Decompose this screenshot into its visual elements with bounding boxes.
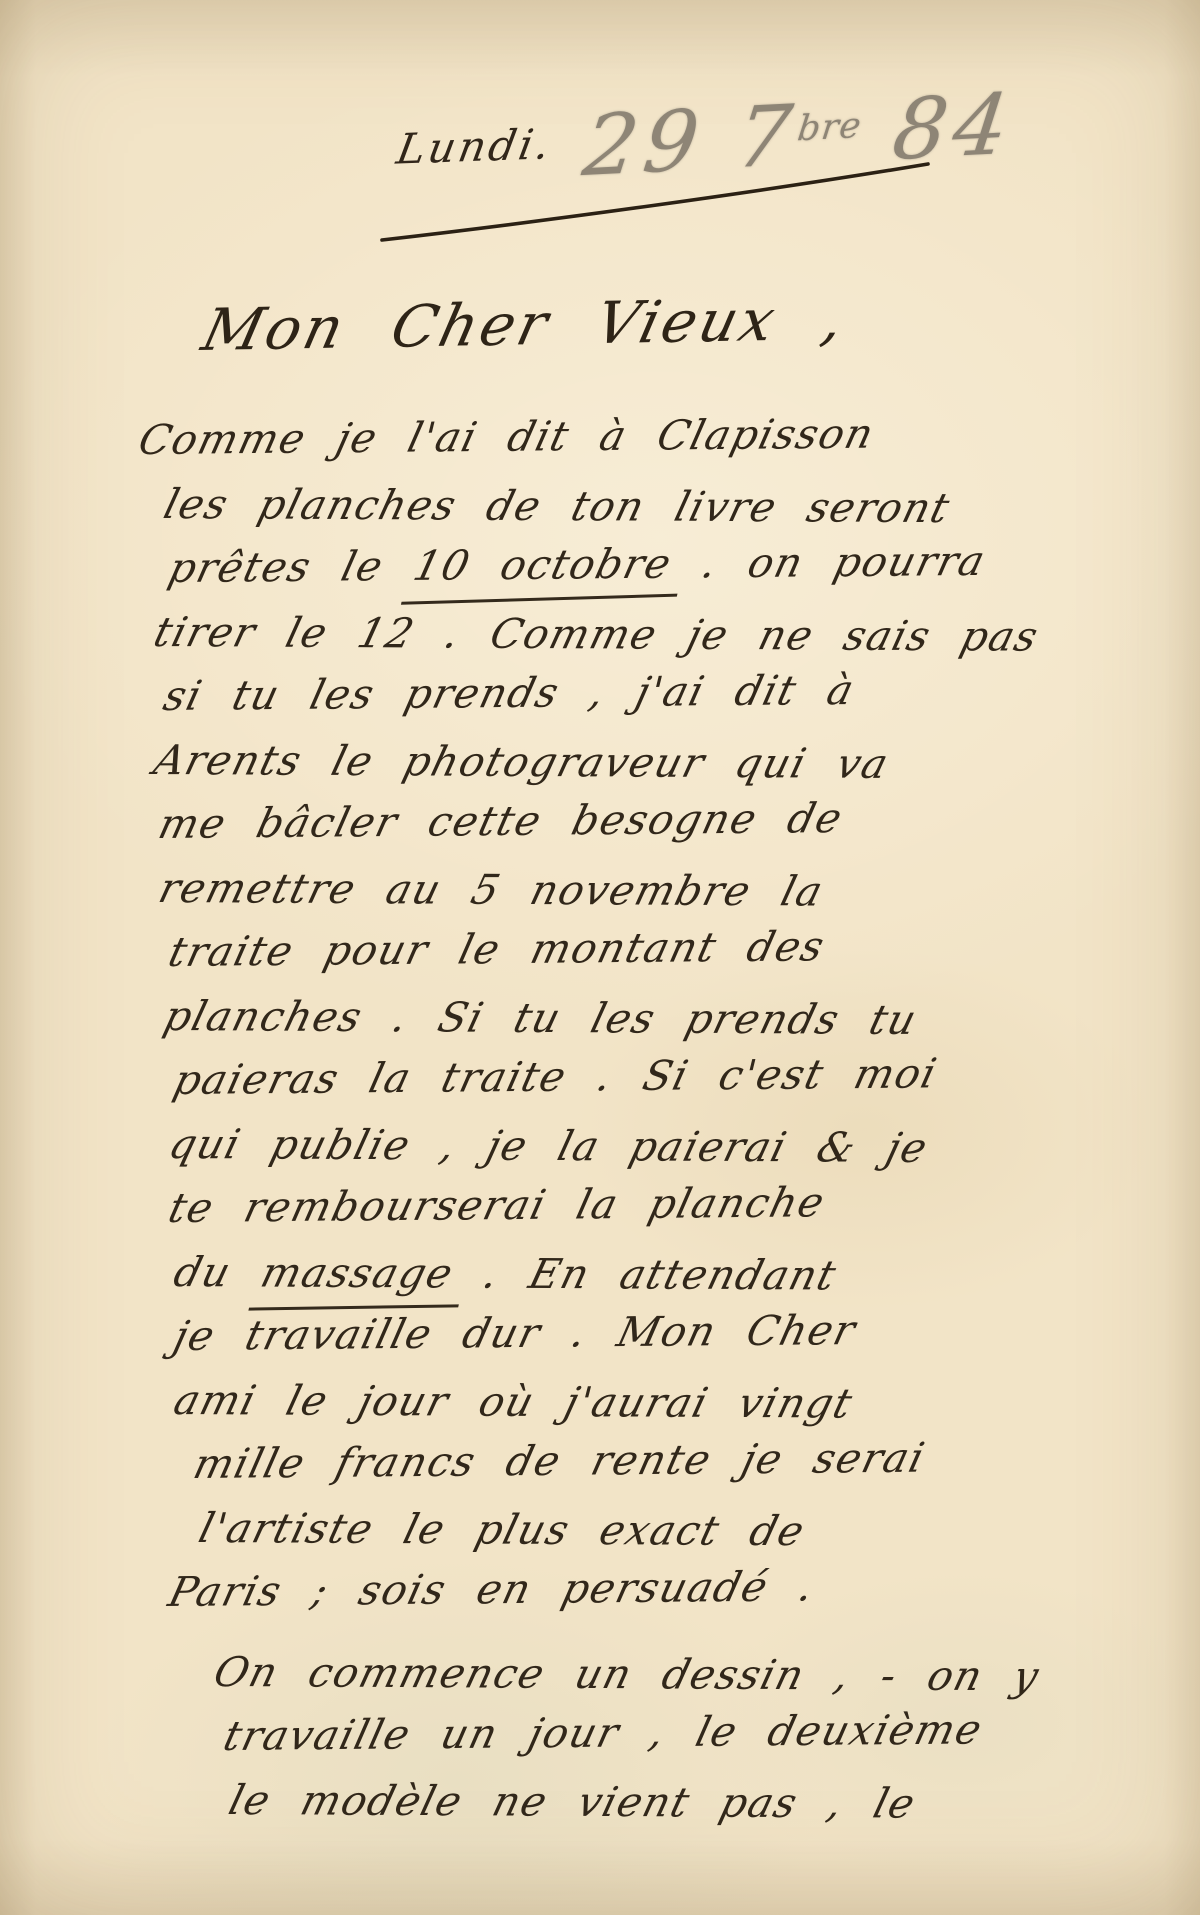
- handwritten-line: Comme je l'ai dit à Clapisson: [132, 399, 1170, 472]
- letter-page: Lundi. 29 7bre 84 Mon Cher Vieux , Comme…: [0, 0, 1200, 1915]
- underlined-phrase: massage: [254, 1240, 461, 1305]
- salutation: Mon Cher Vieux ,: [196, 285, 853, 364]
- letter-body: Comme je l'ai dit à Clapisson les planch…: [132, 408, 1152, 1832]
- handwritten-line: travaille un jour , le deuxième: [217, 1696, 1169, 1768]
- line-text: du: [169, 1248, 268, 1296]
- handwritten-line: si tu les prends , j'ai dit à: [157, 655, 1170, 728]
- date-year: 84: [887, 75, 1019, 179]
- date-month-suffix: bre: [795, 105, 864, 149]
- handwritten-line: paieras la traite . Si c'est moi: [167, 1039, 1170, 1112]
- handwritten-line: mille francs de rente je serai: [187, 1424, 1169, 1496]
- handwritten-line: le modèle ne vient pas , le: [222, 1768, 1167, 1837]
- underlined-phrase: 10 octobre: [407, 532, 679, 598]
- line-text: prêtes le: [164, 542, 420, 592]
- date-day-number: 29: [578, 91, 710, 195]
- handwritten-line: je travaille dur . Mon Cher: [167, 1295, 1170, 1368]
- handwritten-line: prêtes le 10 octobre . on pourra: [162, 527, 1170, 600]
- date-line: Lundi. 29 7bre 84: [398, 86, 1012, 184]
- date-pencil: 29 7bre 84: [578, 75, 1019, 195]
- line-text: . En attendant: [447, 1249, 842, 1299]
- handwritten-line: Paris ; sois en persuadé .: [162, 1551, 1170, 1624]
- handwritten-line: te rembourserai la planche: [162, 1167, 1170, 1240]
- date-day-of-week: Lundi.: [393, 119, 556, 173]
- handwritten-line: traite pour le montant des: [162, 911, 1170, 984]
- line-text: . on pourra: [665, 537, 990, 588]
- date-month-number: 7: [731, 86, 803, 187]
- handwritten-line: me bâcler cette besogne de: [152, 783, 1170, 856]
